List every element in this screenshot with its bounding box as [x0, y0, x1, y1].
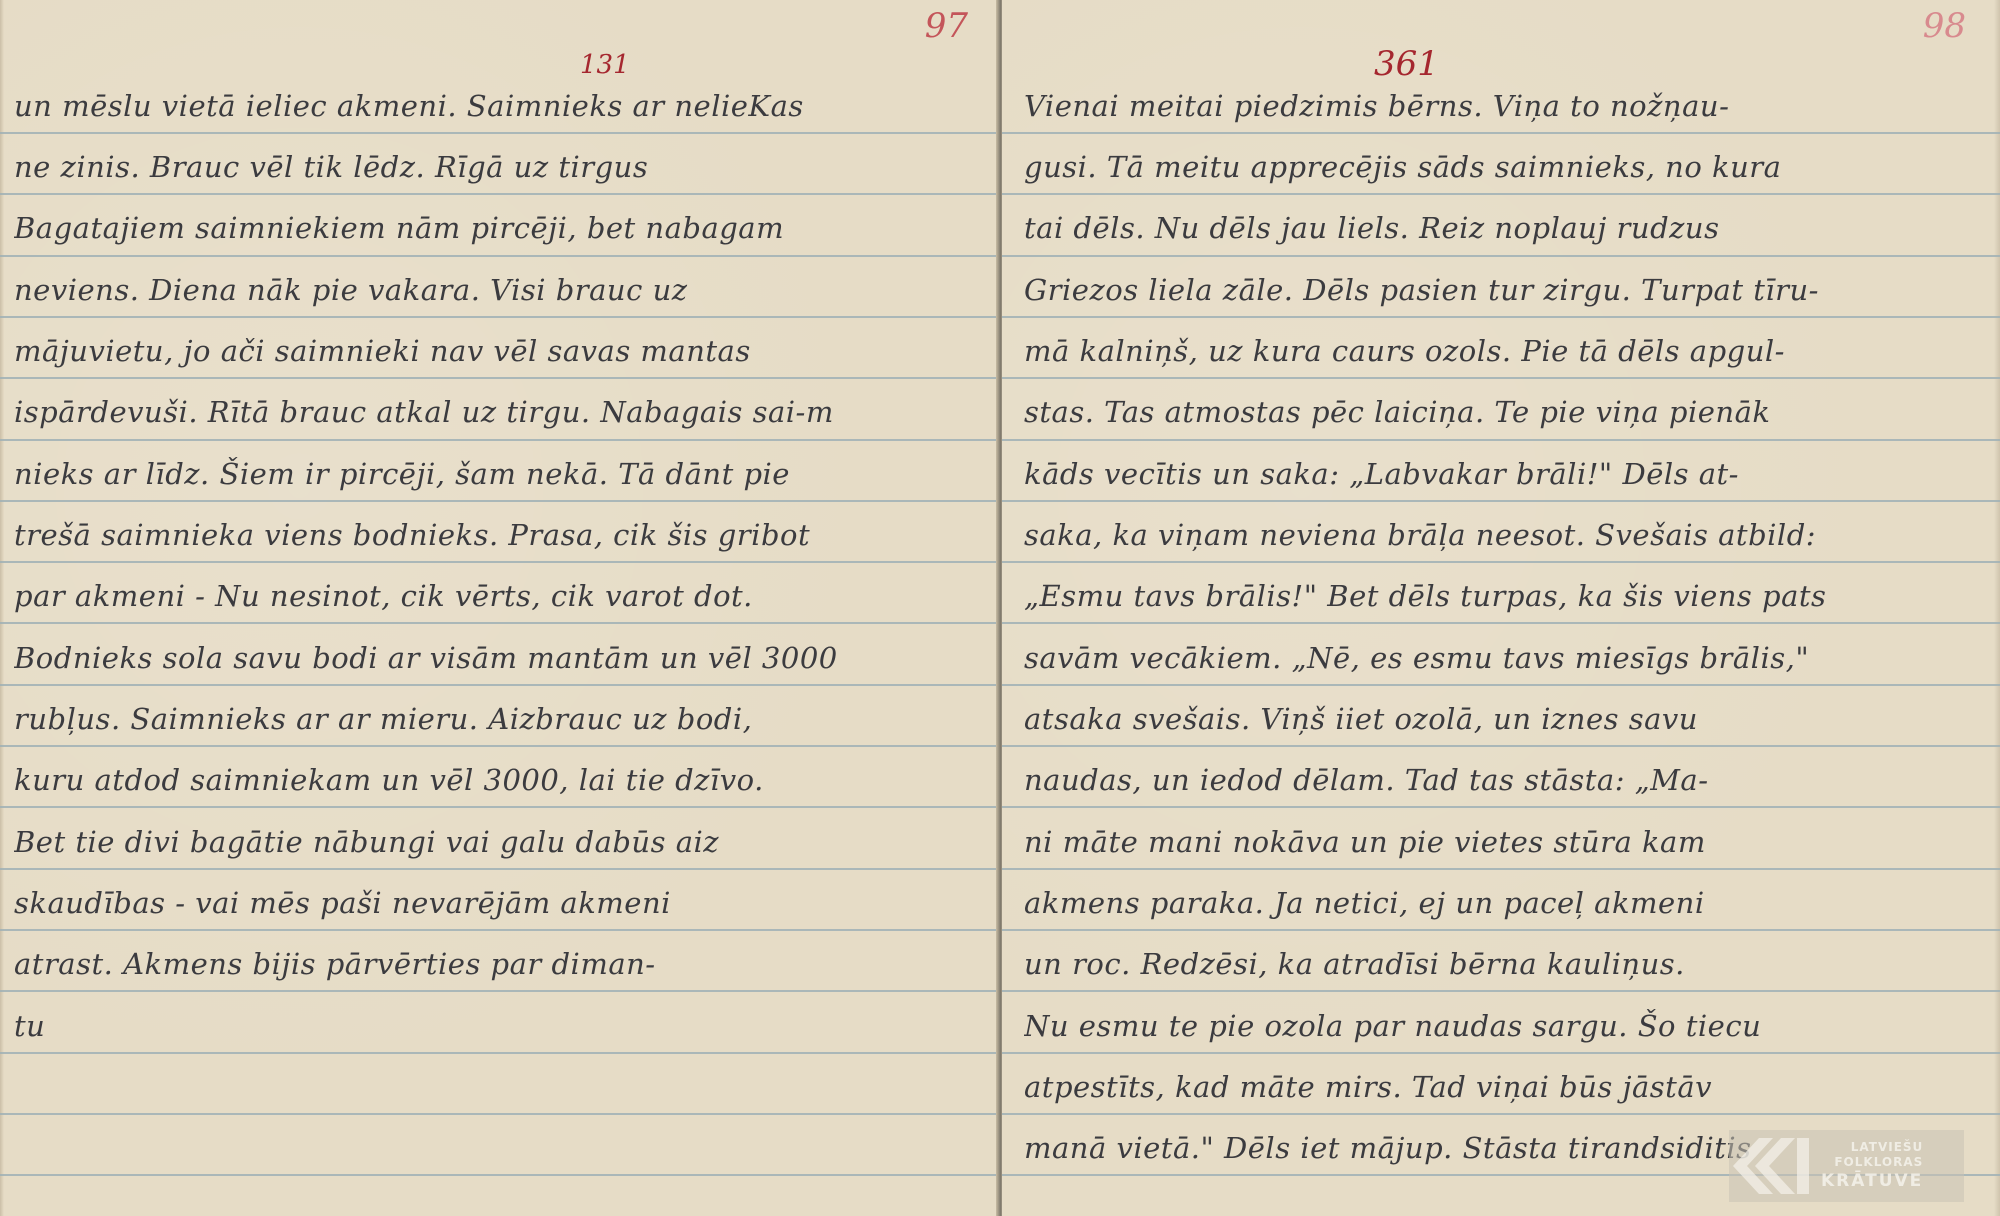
archive-logo-icon [1729, 1130, 1821, 1202]
handwritten-line: kāds vecītis un saka: „Labvakar brāli!" … [1024, 444, 1982, 504]
ruled-line [0, 1174, 998, 1176]
ruled-line [0, 1113, 998, 1115]
handwritten-line: neviens. Diena nāk pie vakara. Visi brau… [14, 260, 980, 320]
handwritten-line: atsaka svešais. Viņš iiet ozolā, un izne… [1024, 689, 1982, 749]
left-page: 97 131 un mēslu vietā ieliec akmeni. Sai… [0, 0, 998, 1216]
page-edge [1994, 0, 2000, 1216]
handwritten-line: naudas, un iedod dēlam. Tad tas stāsta: … [1024, 750, 1982, 810]
handwritten-line: trešā saimnieka viens bodnieks. Prasa, c… [14, 505, 980, 565]
page-edge [0, 0, 4, 1216]
handwritten-line: ne zinis. Brauc vēl tik lēdz. Rīgā uz ti… [14, 137, 980, 197]
handwritten-line: Nu esmu te pie ozola par naudas sargu. Š… [1024, 996, 1982, 1056]
handwritten-line: mā kalniņš, uz kura caurs ozols. Pie tā … [1024, 321, 1982, 381]
watermark-line-1: LATVIEŠU [1821, 1140, 1923, 1155]
folio-number: 98 [1923, 6, 1966, 46]
handwritten-line: atpestīts, kad māte mirs. Tad viņai būs … [1024, 1057, 1982, 1117]
archive-watermark: LATVIEŠU FOLKLORAS KRĀTUVE [1729, 1130, 1964, 1202]
watermark-line-3: KRĀTUVE [1821, 1170, 1923, 1192]
handwritten-line: Bodnieks sola savu bodi ar visām mantām … [14, 628, 980, 688]
handwritten-line: rubļus. Saimnieks ar ar mieru. Aizbrauc … [14, 689, 980, 749]
handwritten-line: par akmeni - Nu nesinot, cik vērts, cik … [14, 566, 980, 626]
handwritten-line: Griezos liela zāle. Dēls pasien tur zirg… [1024, 260, 1982, 320]
right-page: 98 361 Vienai meitai piedzimis bērns. Vi… [1002, 0, 2000, 1216]
handwritten-line: tu [14, 996, 980, 1056]
handwritten-line: „Esmu tavs brālis!" Bet dēls turpas, ka … [1024, 566, 1982, 626]
handwritten-line: tai dēls. Nu dēls jau liels. Reiz noplau… [1024, 198, 1982, 258]
handwritten-line: atrast. Akmens bijis pārvērties par dima… [14, 934, 980, 994]
handwritten-line: ni māte mani nokāva un pie vietes stūra … [1024, 812, 1982, 872]
handwritten-line: mājuvietu, jo ači saimnieki nav vēl sava… [14, 321, 980, 381]
handwritten-line: un mēslu vietā ieliec akmeni. Saimnieks … [14, 76, 980, 136]
handwritten-line: skaudības - vai mēs paši nevarējām akmen… [14, 873, 980, 933]
watermark-text: LATVIEŠU FOLKLORAS KRĀTUVE [1821, 1140, 1931, 1192]
handwritten-line: gusi. Tā meitu apprecējis sāds saimnieks… [1024, 137, 1982, 197]
watermark-line-2: FOLKLORAS [1821, 1155, 1923, 1170]
handwritten-line: nieks ar līdz. Šiem ir pircēji, šam nekā… [14, 444, 980, 504]
handwritten-line: Vienai meitai piedzimis bērns. Viņa to n… [1024, 76, 1982, 136]
handwritten-line: savām vecākiem. „Nē, es esmu tavs miesīg… [1024, 628, 1982, 688]
handwritten-line: kuru atdod saimniekam un vēl 3000, lai t… [14, 750, 980, 810]
handwritten-line: stas. Tas atmostas pēc laiciņa. Te pie v… [1024, 382, 1982, 442]
handwritten-line: Bet tie divi bagātie nābungi vai galu da… [14, 812, 980, 872]
handwritten-line: saka, ka viņam neviena brāļa neesot. Sve… [1024, 505, 1982, 565]
handwritten-line: ispārdevuši. Rītā brauc atkal uz tirgu. … [14, 382, 980, 442]
handwritten-line: un roc. Redzēsi, ka atradīsi bērna kauli… [1024, 934, 1982, 994]
handwritten-line: Bagatajiem saimniekiem nām pircēji, bet … [14, 198, 980, 258]
handwritten-line: akmens paraka. Ja netici, ej un paceļ ak… [1024, 873, 1982, 933]
folio-number: 97 [925, 6, 968, 46]
manuscript-spread: 97 131 un mēslu vietā ieliec akmeni. Sai… [0, 0, 2000, 1216]
